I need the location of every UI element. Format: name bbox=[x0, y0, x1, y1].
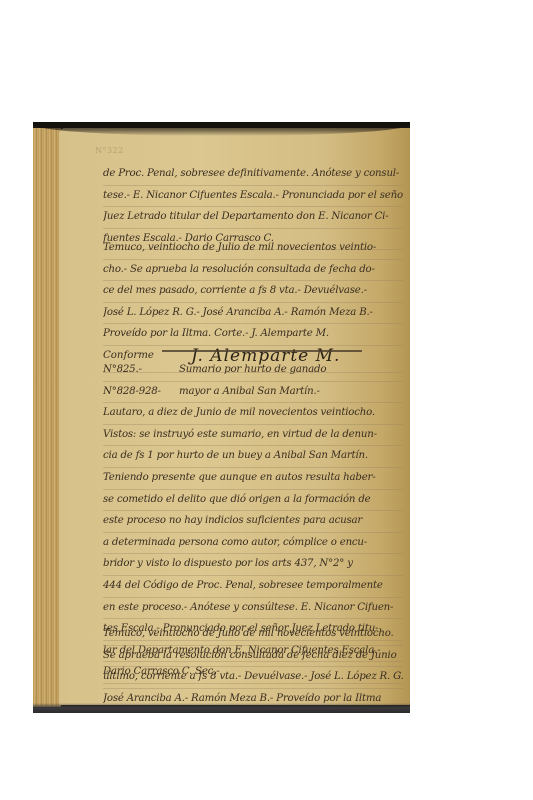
page-edges bbox=[33, 128, 61, 707]
text-line: este proceso no hay indicios suficientes… bbox=[103, 511, 403, 533]
entry-header: N°828-928- mayor a Anibal San Martín.- bbox=[103, 382, 403, 404]
text-line: bridor y visto lo dispuesto por los arts… bbox=[103, 554, 403, 576]
text-line: Teniendo presente que aunque en autos re… bbox=[103, 468, 403, 490]
case-number: N°828-928- bbox=[103, 382, 179, 403]
text-line: último, corriente a fs 8 vta.- Devuélvas… bbox=[103, 667, 403, 689]
text-line: Proveído por la Iltma. Corte.- J. Alempa… bbox=[103, 324, 403, 346]
text-line: cho.- Se aprueba la resolución consultad… bbox=[103, 260, 403, 282]
text-line: se cometido el delito que dió origen a l… bbox=[103, 490, 403, 512]
text-line: Se aprueba la resolución consultada de f… bbox=[103, 646, 403, 668]
entry-title: Sumario por hurto de ganado bbox=[179, 360, 326, 381]
entry-number: N°825.- bbox=[103, 360, 179, 381]
text-line: Temuco, veintiocho de Julio de mil novec… bbox=[103, 624, 403, 646]
text-line: Lautaro, a diez de Junio de mil novecien… bbox=[103, 403, 403, 425]
entry-title: mayor a Anibal San Martín.- bbox=[179, 382, 320, 403]
text-line: en este proceso.- Anótese y consúltese. … bbox=[103, 598, 403, 620]
text-line: 444 del Código de Proc. Penal, sobresee … bbox=[103, 576, 403, 598]
text-line: Vistos: se instruyó este sumario, en vir… bbox=[103, 425, 403, 447]
signature-divider bbox=[162, 350, 362, 352]
text-line: José L. López R. G.- José Aranciba A.- R… bbox=[103, 303, 403, 325]
text-line: a determinada persona como autor, cómpli… bbox=[103, 533, 403, 555]
ledger-page: N°322 de Proc. Penal, sobresee definitiv… bbox=[59, 128, 410, 705]
bottom-shadow bbox=[33, 703, 410, 713]
text-line: ce del mes pasado, corriente a fs 8 vta.… bbox=[103, 281, 403, 303]
text-line: Juez Letrado titular del Departamento do… bbox=[103, 207, 403, 229]
text-line: tese.- E. Nicanor Cifuentes Escala.- Pro… bbox=[103, 186, 403, 208]
appeal-approval-2: Temuco, veintiocho de Julio de mil novec… bbox=[103, 624, 403, 710]
text-line: cia de fs 1 por hurto de un buey a Aniba… bbox=[103, 446, 403, 468]
entry-header: N°825.- Sumario por hurto de ganado bbox=[103, 360, 403, 382]
page-number: N°322 bbox=[95, 146, 124, 155]
text-line: Temuco, veintiocho de Julio de mil novec… bbox=[103, 238, 403, 260]
text-line: de Proc. Penal, sobresee definitivamente… bbox=[103, 164, 403, 186]
appeal-approval: Temuco, veintiocho de Julio de mil novec… bbox=[103, 238, 403, 373]
ledger-photograph: N°322 de Proc. Penal, sobresee definitiv… bbox=[33, 122, 410, 713]
